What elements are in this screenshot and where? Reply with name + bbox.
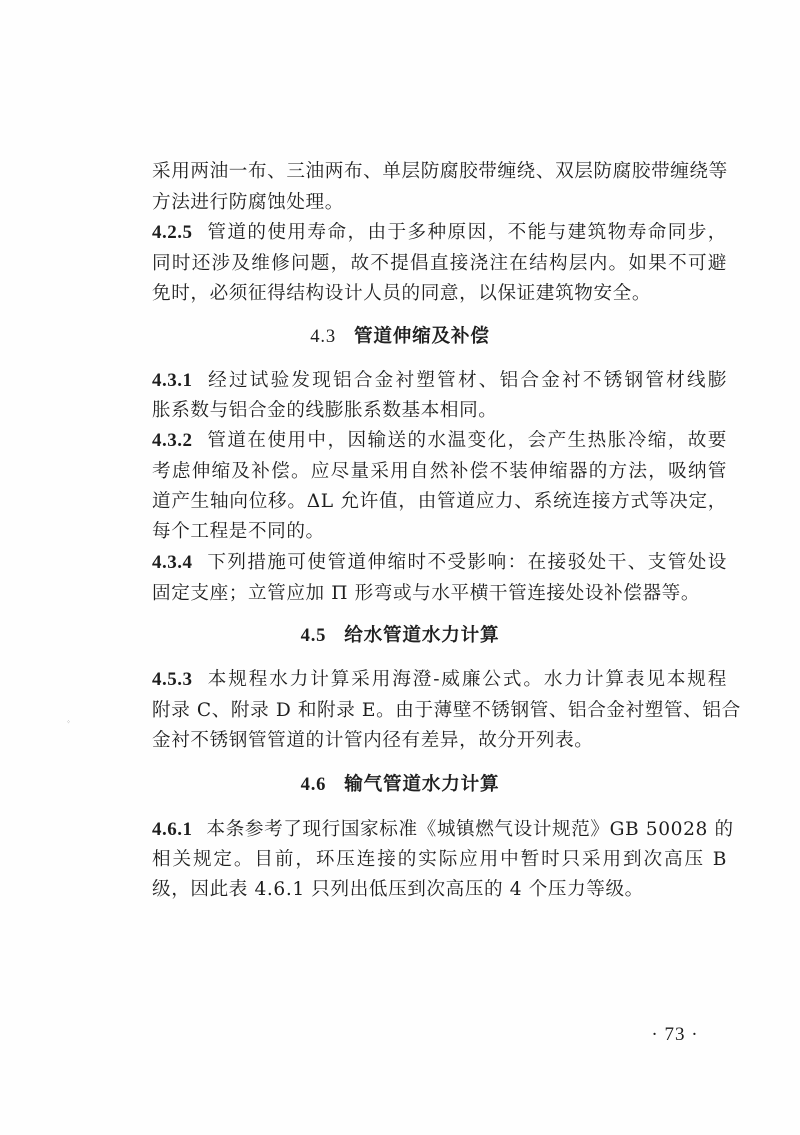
clause-4-3-1: 4.3.1经过试验发现铝合金衬塑管材、铝合金衬不锈钢管材线膨 xyxy=(152,366,727,396)
paragraph-line: 方法进行防腐蚀处理。 xyxy=(152,188,727,218)
paragraph-line: 胀系数与铝合金的线膨胀系数基本相同。 xyxy=(152,396,727,426)
clause-4-3-4: 4.3.4下列措施可使管道伸缩时不受影响：在接驳处干、支管处设 xyxy=(152,548,727,578)
clause-number: 4.3.2 xyxy=(152,430,193,451)
clause-number: 4.6.1 xyxy=(152,819,193,840)
page-number: · 73 · xyxy=(630,1022,720,1048)
paragraph-line: 考虑伸缩及补偿。应尽量采用自然补偿不装伸缩器的方法，吸纳管 xyxy=(152,457,727,487)
paragraph-text: 本规程水力计算采用海澄-威廉公式。水力计算表见本规程 xyxy=(207,669,728,690)
paragraph-line: 同时还涉及维修问题，故不提倡直接浇注在结构层内。如果不可避 xyxy=(152,249,727,279)
paragraph-text: 管道的使用寿命，由于多种原因，不能与建筑物寿命同步， xyxy=(207,222,728,243)
section-title: 输气管道水力计算 xyxy=(344,774,499,795)
paragraph-line: 采用两油一布、三油两布、单层防腐胶带缠绕、双层防腐胶带缠绕等 xyxy=(152,157,727,187)
scan-speck: ⁘ xyxy=(66,719,71,726)
section-title: 管道伸缩及补偿 xyxy=(354,326,490,347)
section-title: 给水管道水力计算 xyxy=(344,625,499,646)
paragraph-text: 管道在使用中，因输送的水温变化，会产生热胀冷缩，故要 xyxy=(207,430,728,451)
paragraph-line: 附录 C、附录 D 和附录 E。由于薄壁不锈钢管、铝合金衬塑管、铝合 xyxy=(152,696,727,726)
paragraph-text: 经过试验发现铝合金衬塑管材、铝合金衬不锈钢管材线膨 xyxy=(207,370,728,391)
clause-number: 4.2.5 xyxy=(152,222,193,243)
paragraph-line: 金衬不锈钢管管道的计管内径有差异，故分开列表。 xyxy=(152,726,727,756)
clause-4-3-2: 4.3.2管道在使用中，因输送的水温变化，会产生热胀冷缩，故要 xyxy=(152,426,727,456)
document-page: 采用两油一布、三油两布、单层防腐胶带缠绕、双层防腐胶带缠绕等 方法进行防腐蚀处理… xyxy=(0,0,800,1135)
clause-4-2-5: 4.2.5管道的使用寿命，由于多种原因，不能与建筑物寿命同步， xyxy=(152,218,727,248)
clause-4-6-1: 4.6.1本条参考了现行国家标准《城镇燃气设计规范》GB 50028 的 xyxy=(152,815,727,845)
section-heading-4-5: 4.5给水管道水力计算 xyxy=(0,621,800,651)
clause-number: 4.5.3 xyxy=(152,669,193,690)
paragraph-line: 相关规定。目前，环压连接的实际应用中暂时只采用到次高压 B xyxy=(152,845,727,875)
paragraph-text: 下列措施可使管道伸缩时不受影响：在接驳处干、支管处设 xyxy=(207,552,728,573)
section-heading-4-6: 4.6输气管道水力计算 xyxy=(0,770,800,800)
paragraph-line: 级，因此表 4.6.1 只列出低压到次高压的 4 个压力等级。 xyxy=(152,875,727,905)
clause-4-5-3: 4.5.3本规程水力计算采用海澄-威廉公式。水力计算表见本规程 xyxy=(152,665,727,695)
paragraph-line: 固定支座；立管应加 Π 形弯或与水平横干管连接处设补偿器等。 xyxy=(152,579,727,609)
section-number: 4.5 xyxy=(301,625,327,646)
paragraph-text: 本条参考了现行国家标准《城镇燃气设计规范》GB 50028 的 xyxy=(207,819,734,840)
paragraph-line: 道产生轴向位移。ΔL 允许值，由管道应力、系统连接方式等决定， xyxy=(152,487,727,517)
section-number: 4.3 xyxy=(310,326,336,347)
section-number: 4.6 xyxy=(301,774,327,795)
clause-number: 4.3.4 xyxy=(152,552,193,573)
section-heading-4-3: 4.3管道伸缩及补偿 xyxy=(0,322,800,352)
clause-number: 4.3.1 xyxy=(152,370,193,391)
paragraph-line: 每个工程是不同的。 xyxy=(152,517,727,547)
paragraph-line: 免时，必须征得结构设计人员的同意，以保证建筑物安全。 xyxy=(152,279,727,309)
